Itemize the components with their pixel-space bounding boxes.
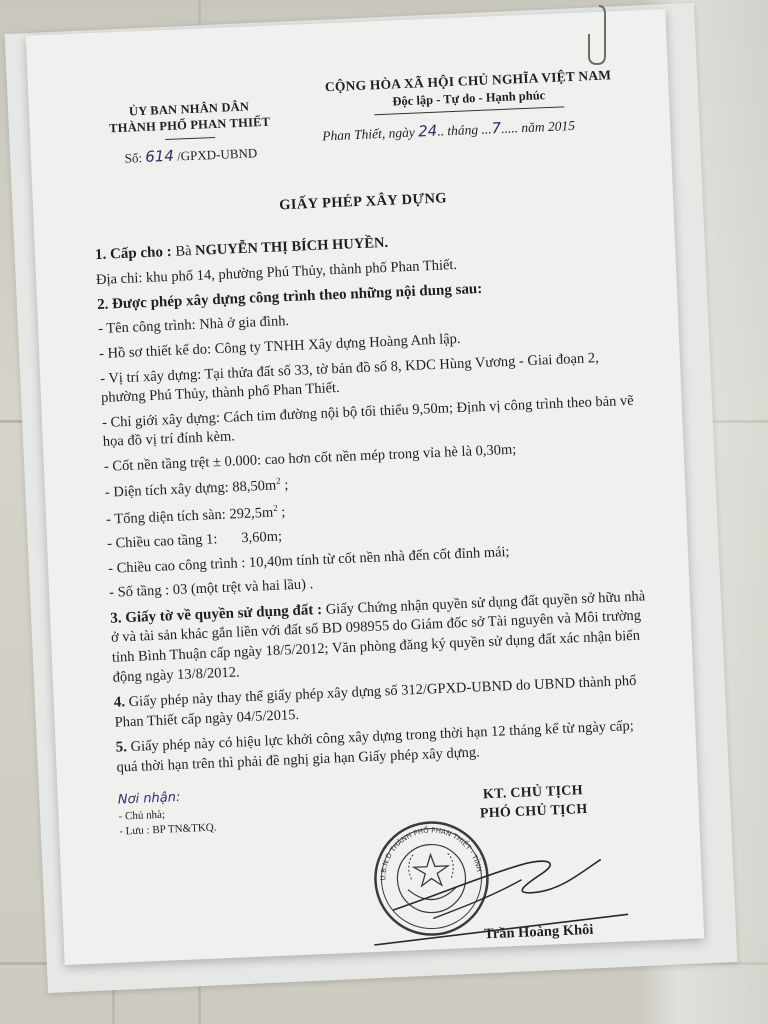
document-title: GIẤY PHÉP XÂY DỰNG — [93, 181, 633, 223]
doc-number-prefix: Số: — [124, 150, 145, 166]
month-label: .. tháng ... — [437, 121, 492, 138]
permit-document: ỦY BAN NHÂN DÂN THÀNH PHỐ PHAN THIẾT Số:… — [26, 9, 704, 965]
doc-number-handwritten: 614 — [145, 147, 174, 166]
document-number: Số: 614 /GPXD-UBND — [91, 141, 292, 170]
doc-number-suffix: /GPXD-UBND — [174, 145, 258, 163]
floor1-height-value: 3,60m; — [241, 529, 282, 547]
document-footer: Nơi nhận: - Chủ nhà; - Lưu : BP TN&TKQ. … — [118, 769, 665, 959]
place-date: Phan Thiết, ngày 24.. tháng ...7..... nă… — [310, 113, 631, 147]
section-3-text: Giấy Chứng nhận quyền sử dụng đất quyền … — [111, 588, 646, 685]
divider — [165, 137, 215, 140]
place: Phan Thiết, ngày — [322, 125, 419, 144]
punct: ; — [280, 477, 288, 493]
floor-area-label: - Tổng diện tích sàn: — [106, 506, 230, 527]
signature-block: KT. CHỦ TỊCH PHÓ CHỦ TỊCH U.B.N.D THÀNH … — [407, 769, 664, 947]
honorific: Bà — [175, 243, 195, 260]
section-3: 3. Giấy tờ về quyền sử dụng đất : Giấy C… — [110, 586, 653, 688]
floor-area-value: 292,5m — [229, 504, 274, 522]
document-header: ỦY BAN NHÂN DÂN THÀNH PHỐ PHAN THIẾT Số:… — [88, 66, 631, 170]
build-area-value: 88,50m — [232, 478, 277, 496]
issuer-block: ỦY BAN NHÂN DÂN THÀNH PHỐ PHAN THIẾT Số:… — [89, 98, 291, 170]
day-handwritten: 24 — [418, 122, 438, 141]
build-area-label: - Diện tích xây dựng: — [105, 480, 233, 501]
paperclip-icon — [583, 4, 609, 66]
punct: ; — [277, 504, 285, 520]
nation-block: CỘNG HÒA XÃ HỘI CHỦ NGHĨA VIỆT NAM Độc l… — [308, 66, 631, 161]
section-1-label: 1. Cấp cho : — [95, 244, 176, 263]
recipients-block: Nơi nhận: - Chủ nhà; - Lưu : BP TN&TKQ. — [118, 782, 355, 959]
floor1-height-label: - Chiều cao tầng 1: — [107, 531, 218, 552]
handwritten-signature-icon — [370, 831, 634, 952]
grantee-name: NGUYỄN THỊ BÍCH HUYỀN. — [195, 235, 389, 259]
year-label: ..... năm 2015 — [501, 118, 575, 136]
